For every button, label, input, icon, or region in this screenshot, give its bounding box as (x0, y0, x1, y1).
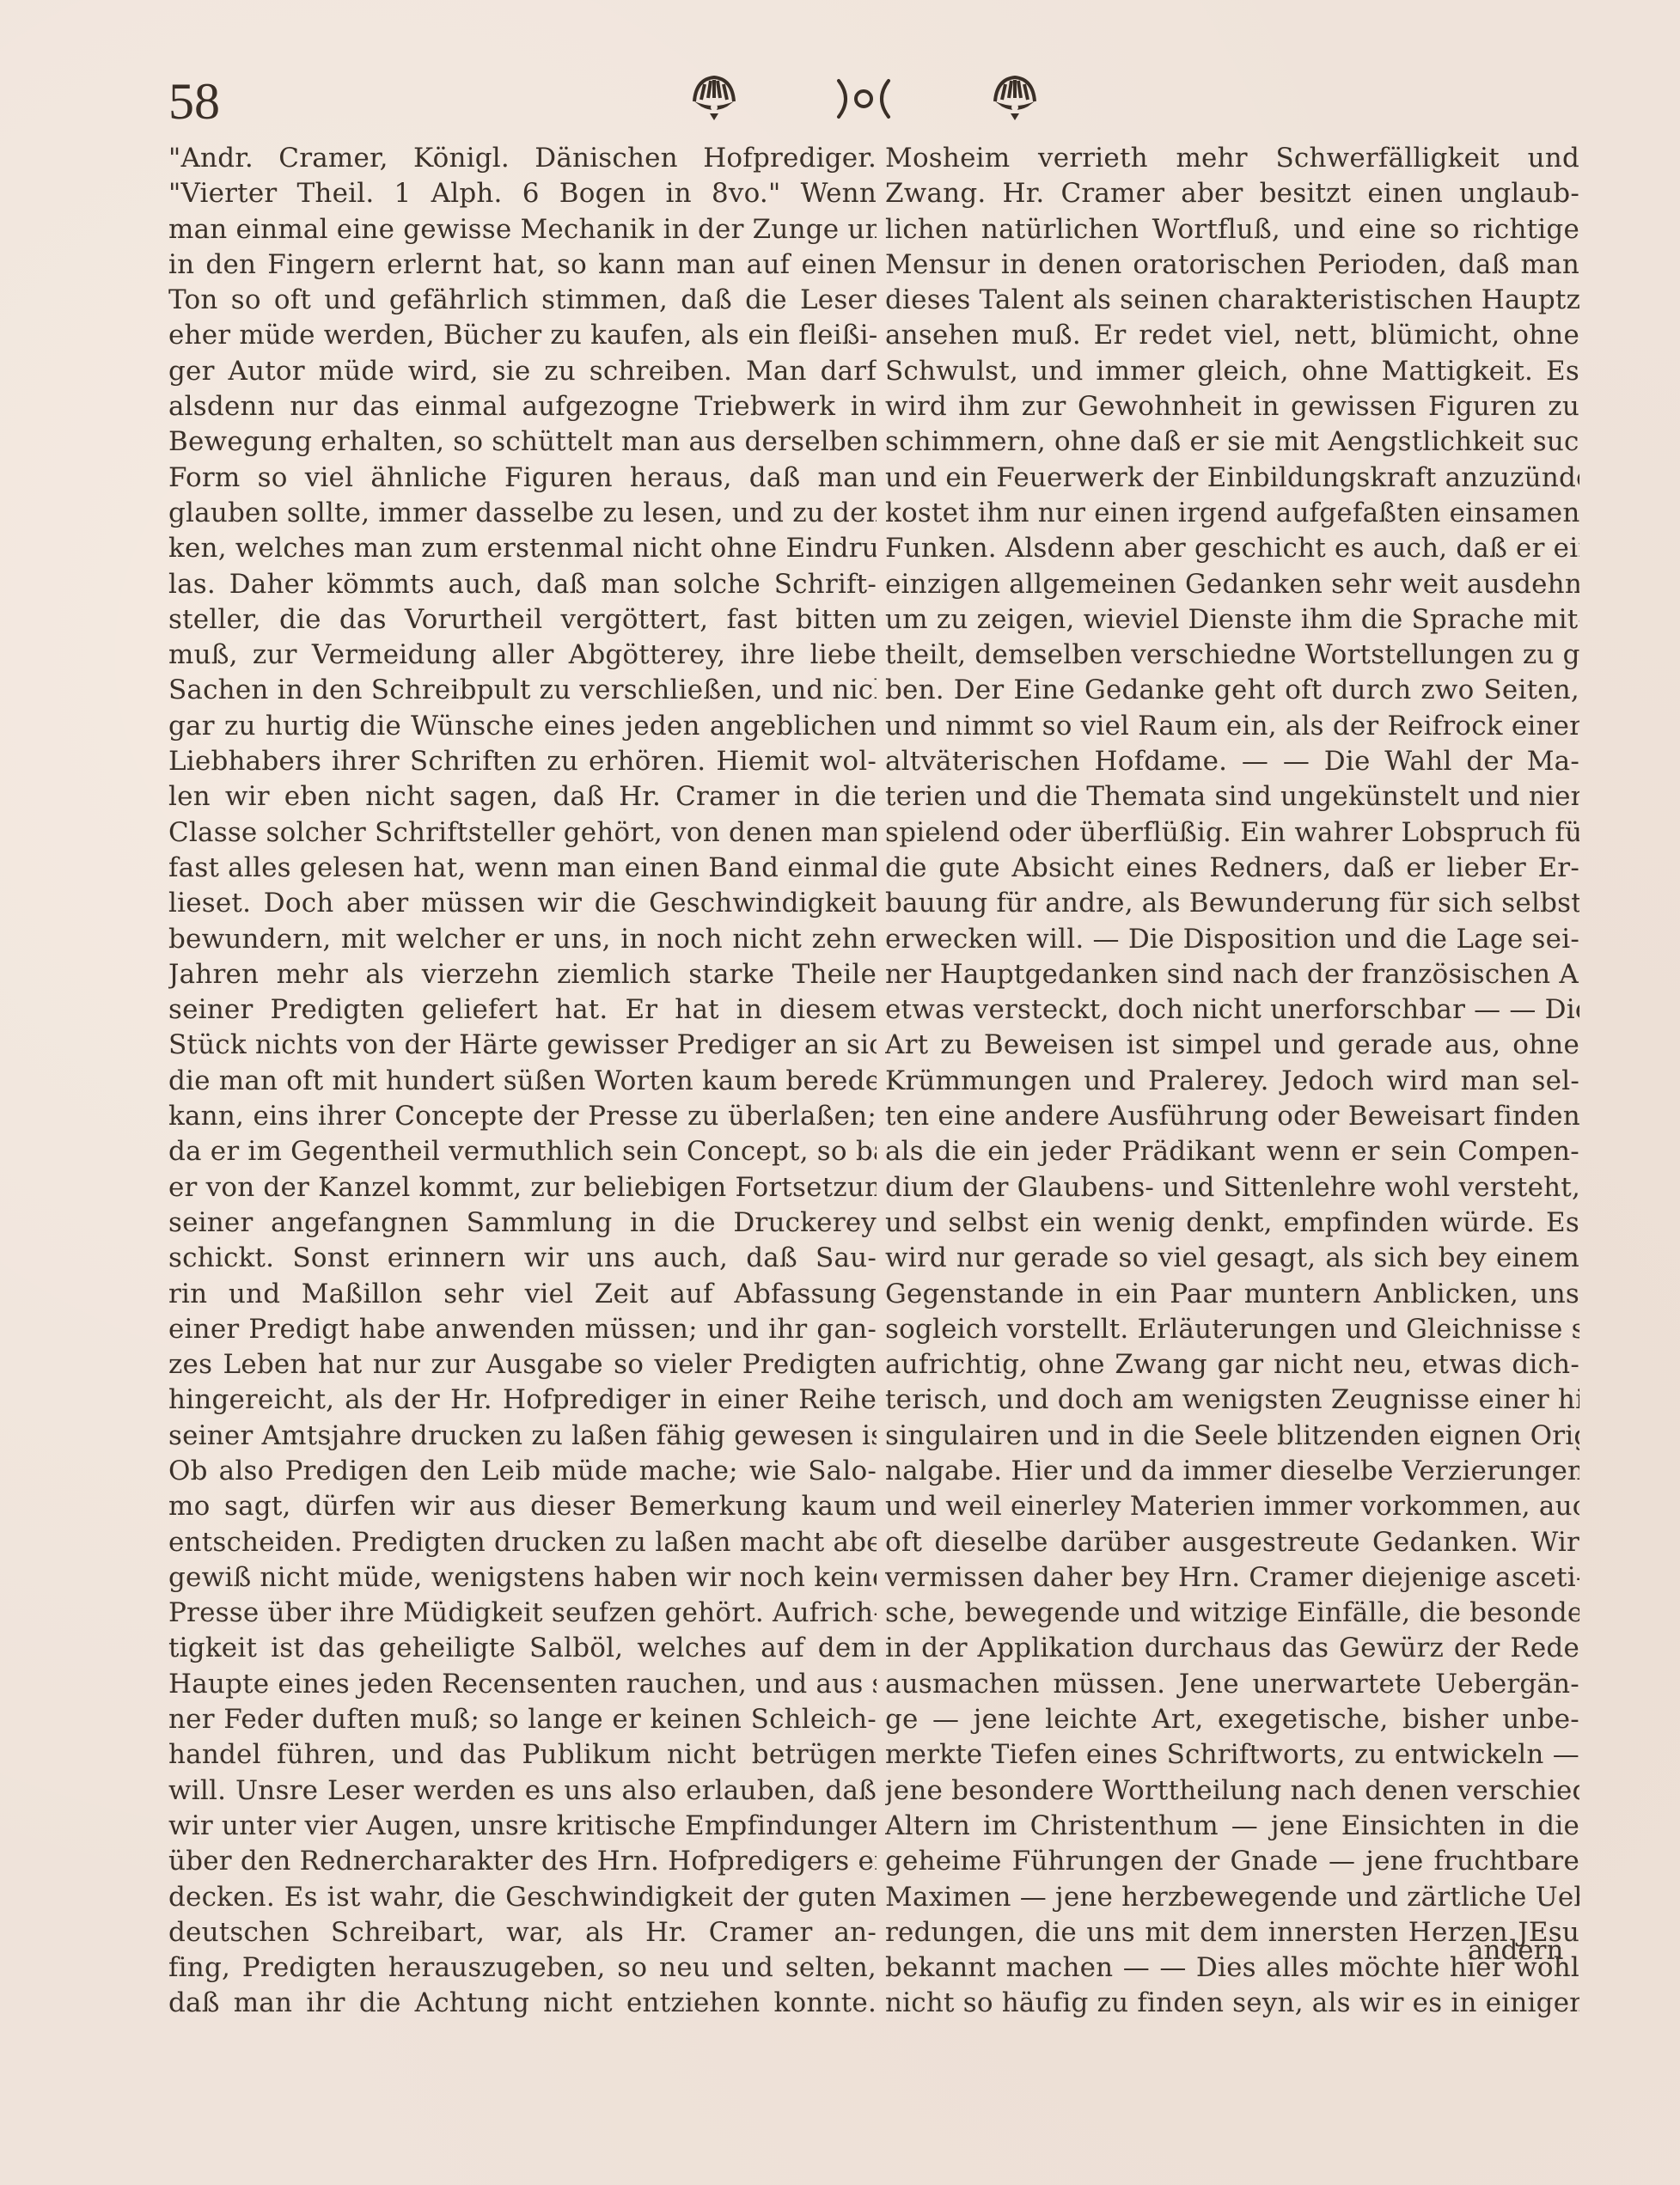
text-line: einer Predigt habe anwenden müssen; und … (168, 1312, 877, 1347)
text-line: fast alles gelesen hat, wenn man einen B… (168, 851, 877, 886)
text-line: daß man ihr die Achtung nicht entziehen … (168, 1986, 877, 2021)
text-line: ger Autor müde wird, sie zu schreiben. M… (168, 354, 877, 389)
text-line: Mosheim verrieth mehr Schwerfälligkeit u… (885, 141, 1579, 176)
text-line: sche, bewegende und witzige Einfälle, di… (885, 1596, 1579, 1631)
text-line: ten eine andere Ausführung oder Beweisar… (885, 1099, 1579, 1134)
text-line: aufrichtig, ohne Zwang gar nicht neu, et… (885, 1347, 1579, 1382)
text-line: er von der Kanzel kommt, zur beliebigen … (168, 1170, 877, 1205)
text-line: Funken. Alsdenn aber geschicht es auch, … (885, 531, 1579, 566)
text-line: Jahren mehr als vierzehn ziemlich starke… (168, 957, 877, 992)
text-line: Classe solcher Schriftsteller gehört, vo… (168, 815, 877, 851)
text-line: merkte Tiefen eines Schriftworts, zu ent… (885, 1737, 1579, 1773)
text-line: und weil einerley Materien immer vorkomm… (885, 1489, 1579, 1524)
text-line: kann, eins ihrer Concepte der Presse zu … (168, 1099, 877, 1134)
text-line: schimmern, ohne daß er sie mit Aengstlic… (885, 424, 1579, 460)
text-line: mo sagt, dürfen wir aus dieser Bemerkung… (168, 1489, 877, 1524)
text-line: handel führen, und das Publikum nicht be… (168, 1737, 877, 1773)
text-line: und ein Feuerwerk der Einbildungskraft a… (885, 461, 1579, 496)
text-line: über den Rednercharakter des Hrn. Hofpre… (168, 1844, 877, 1879)
vignette-ornament-icon (834, 77, 894, 124)
text-line: sogleich vorstellt. Erläuterungen und Gl… (885, 1312, 1579, 1347)
text-line: bewundern, mit welcher er uns, in noch n… (168, 922, 877, 957)
text-line: um zu zeigen, wieviel Dienste ihm die Sp… (885, 602, 1579, 638)
text-line: Ton so oft und gefährlich stimmen, daß d… (168, 283, 877, 318)
catchword: andern (1468, 1933, 1563, 1968)
text-line: Bewegung erhalten, so schüttelt man aus … (168, 424, 877, 460)
text-line: Mensur in denen oratorischen Perioden, d… (885, 247, 1579, 283)
text-line: in den Fingern erlernt hat, so kann man … (168, 247, 877, 283)
text-line: gewiß nicht müde, wenigstens haben wir n… (168, 1560, 877, 1596)
text-line: man einmal eine gewisse Mechanik in der … (168, 212, 877, 247)
text-line: terisch, und doch am wenigsten Zeugnisse… (885, 1382, 1579, 1418)
text-line: ge — jene leichte Art, exegetische, bish… (885, 1702, 1579, 1737)
text-line: als die ein jeder Prädikant wenn er sein… (885, 1134, 1579, 1169)
text-line: deutschen Schreibart, war, als Hr. Crame… (168, 1915, 877, 1950)
text-line: eher müde werden, Bücher zu kaufen, als … (168, 318, 877, 353)
text-line: tigkeit ist das geheiligte Salböl, welch… (168, 1631, 877, 1666)
text-line: rin und Maßillon sehr viel Zeit auf Abfa… (168, 1277, 877, 1312)
text-line: etwas versteckt, doch nicht unerforschba… (885, 992, 1579, 1028)
text-line: einzigen allgemeinen Gedanken sehr weit … (885, 567, 1579, 602)
text-line: nicht so häufig zu finden seyn, als wir … (885, 1986, 1579, 2021)
text-line: da er im Gegentheil vermuthlich sein Con… (168, 1134, 877, 1169)
text-line: nalgabe. Hier und da immer dieselbe Verz… (885, 1454, 1579, 1489)
text-line: Stück nichts von der Härte gewisser Pred… (168, 1028, 877, 1063)
text-line: seiner Predigten geliefert hat. Er hat i… (168, 992, 877, 1028)
text-line: Altern im Christenthum — jene Einsichten… (885, 1809, 1579, 1844)
text-line: vermissen daher bey Hrn. Cramer diejenig… (885, 1560, 1579, 1596)
text-line: terien und die Themata sind ungekünstelt… (885, 779, 1579, 815)
text-line: Liebhabers ihrer Schriften zu erhören. H… (168, 744, 877, 779)
text-line: ner Hauptgedanken sind nach der französi… (885, 957, 1579, 992)
text-line: wird ihm zur Gewohnheit in gewissen Figu… (885, 389, 1579, 424)
text-line: erwecken will. — Die Disposition und die… (885, 922, 1579, 957)
text-line: muß, zur Vermeidung aller Abgötterey, ih… (168, 638, 877, 673)
text-line: jene besondere Worttheilung nach denen v… (885, 1773, 1579, 1809)
right-text-column: Mosheim verrieth mehr Schwerfälligkeit u… (885, 141, 1579, 2022)
text-line: fing, Predigten herauszugeben, so neu un… (168, 1950, 877, 1986)
text-line: lichen natürlichen Wortfluß, und eine so… (885, 212, 1579, 247)
text-line: schickt. Sonst erinnern wir uns auch, da… (168, 1241, 877, 1276)
text-line: alsdenn nur das einmal aufgezogne Triebw… (168, 389, 877, 424)
text-line: die gute Absicht eines Redners, daß er l… (885, 851, 1579, 886)
text-line: oft dieselbe darüber ausgestreute Gedank… (885, 1525, 1579, 1560)
text-line: seiner angefangnen Sammlung in die Druck… (168, 1205, 877, 1241)
text-line: entscheiden. Predigten drucken zu laßen … (168, 1525, 877, 1560)
text-line: "Andr. Cramer, Königl. Dänischen Hofpred… (168, 141, 877, 176)
text-line: glauben sollte, immer dasselbe zu lesen,… (168, 496, 877, 531)
text-line: die man oft mit hundert süßen Worten kau… (168, 1064, 877, 1099)
text-line: las. Daher kömmts auch, daß man solche S… (168, 567, 877, 602)
text-line: Maximen — jene herzbewegende und zärtlic… (885, 1880, 1579, 1915)
left-text-column: "Andr. Cramer, Königl. Dänischen Hofpred… (168, 141, 877, 2022)
text-line: Krümmungen und Pralerey. Jedoch wird man… (885, 1064, 1579, 1099)
text-line: decken. Es ist wahr, die Geschwindigkeit… (168, 1880, 877, 1915)
text-line: Form so viel ähnliche Figuren heraus, da… (168, 461, 877, 496)
text-line: geheime Führungen der Gnade — jene fruch… (885, 1844, 1579, 1879)
text-line: Schwulst, und immer gleich, ohne Mattigk… (885, 354, 1579, 389)
text-line: gar zu hurtig die Wünsche eines jeden an… (168, 709, 877, 744)
text-line: singulairen und in die Seele blitzenden … (885, 1419, 1579, 1454)
text-line: dieses Talent als seinen charakteristisc… (885, 283, 1579, 318)
text-line: Art zu Beweisen ist simpel und gerade au… (885, 1028, 1579, 1063)
text-line: in der Applikation durchaus das Gewürz d… (885, 1631, 1579, 1666)
text-line: "Vierter Theil. 1 Alph. 6 Bogen in 8vo."… (168, 176, 877, 211)
text-line: Zwang. Hr. Cramer aber besitzt einen ung… (885, 176, 1579, 211)
text-line: Ob also Predigen den Leib müde mache; wi… (168, 1454, 877, 1489)
text-line: zes Leben hat nur zur Ausgabe so vieler … (168, 1347, 877, 1382)
text-line: hingereicht, als der Hr. Hofprediger in … (168, 1382, 877, 1418)
text-line: ken, welches man zum erstenmal nicht ohn… (168, 531, 877, 566)
text-line: wir unter vier Augen, unsre kritische Em… (168, 1809, 877, 1844)
page-number: 58 (168, 76, 220, 127)
text-line: Haupte eines jeden Recensenten rauchen, … (168, 1667, 877, 1702)
text-line: kostet ihm nur einen irgend aufgefaßten … (885, 496, 1579, 531)
shell-ornament-icon (689, 72, 739, 125)
text-line: lieset. Doch aber müssen wir die Geschwi… (168, 886, 877, 921)
text-line: Presse über ihre Müdigkeit seufzen gehör… (168, 1596, 877, 1631)
text-line: len wir eben nicht sagen, daß Hr. Cramer… (168, 779, 877, 815)
text-line: theilt, demselben verschiedne Wortstellu… (885, 638, 1579, 673)
text-line: bauung für andre, als Bewunderung für si… (885, 886, 1579, 921)
text-line: altväterischen Hofdame. — — Die Wahl der… (885, 744, 1579, 779)
text-line: wird nur gerade so viel gesagt, als sich… (885, 1241, 1579, 1276)
text-line: Gegenstande in ein Paar muntern Anblicke… (885, 1277, 1579, 1312)
text-line: spielend oder überflüßig. Ein wahrer Lob… (885, 815, 1579, 851)
text-line: dium der Glaubens- und Sittenlehre wohl … (885, 1170, 1579, 1205)
text-line: will. Unsre Leser werden es uns also erl… (168, 1773, 877, 1809)
text-line: steller, die das Vorurtheil vergöttert, … (168, 602, 877, 638)
shell-ornament-icon (990, 72, 1040, 125)
text-line: und nimmt so viel Raum ein, als der Reif… (885, 709, 1579, 744)
text-line: seiner Amtsjahre drucken zu laßen fähig … (168, 1419, 877, 1454)
text-line: und selbst ein wenig denkt, empfinden wü… (885, 1205, 1579, 1241)
text-line: ben. Der Eine Gedanke geht oft durch zwo… (885, 673, 1579, 708)
text-line: ausmachen müssen. Jene unerwartete Ueber… (885, 1667, 1579, 1702)
text-line: Sachen in den Schreibpult zu verschließe… (168, 673, 877, 708)
text-line: ner Feder duften muß; so lange er keinen… (168, 1702, 877, 1737)
text-line: ansehen muß. Er redet viel, nett, blümic… (885, 318, 1579, 353)
